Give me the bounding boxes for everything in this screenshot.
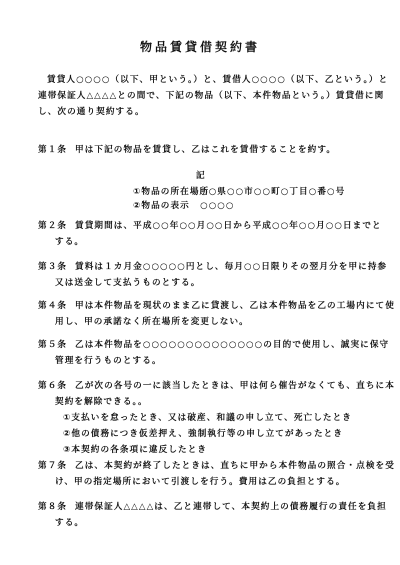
article-1: 第１条 甲は下記の物品を賃貸し、乙はこれを賃借することを約す。 — [38, 142, 368, 158]
record-key: ②物品の表示 — [133, 198, 196, 214]
article-line: 乙は、本契約が終了したときは、直ちに甲から本件物品の照合・点検を受 — [38, 458, 368, 474]
article-line: 甲は下記の物品を賃貸し、乙はこれを賃借することを約す。 — [38, 142, 368, 158]
intro-line: し、次の通り契約する。 — [38, 104, 368, 120]
record-heading: 記 — [196, 168, 206, 184]
record-value: ○○県○○市○○町○丁目○番○号 — [200, 187, 345, 197]
article-line: 賃料は１カ月金○○○○○円とし、毎月○○日限りその翌月分を甲に持参 — [38, 259, 368, 275]
article-3: 第３条 賃料は１カ月金○○○○○円とし、毎月○○日限りその翌月分を甲に持参 又は… — [38, 259, 368, 291]
article-label: 第８条 — [38, 499, 67, 515]
record-row: ②物品の表示 ○○○○ — [133, 198, 235, 214]
article-item: ②他の債務につき仮差押え、強制執行等の申し立てがあったとき — [38, 426, 368, 442]
article-label: 第３条 — [38, 259, 67, 275]
article-2: 第２条 賃貸期間は、平成○○年○○月○○日から平成○○年○○月○○日までと する… — [38, 218, 368, 250]
intro-paragraph: 賃貸人○○○○（以下、甲という。）と、賃借人○○○○（以下、乙という。）と 連帯… — [38, 72, 368, 120]
article-label: 第５条 — [38, 337, 67, 353]
article-label: 第６条 — [38, 378, 67, 394]
document-page: 物品賃貸借契約書 賃貸人○○○○（以下、甲という。）と、賃借人○○○○（以下、乙… — [0, 0, 400, 565]
article-label: 第４条 — [38, 298, 67, 314]
article-line: する。 — [38, 515, 368, 531]
intro-line: 賃貸人○○○○（以下、甲という。）と、賃借人○○○○（以下、乙という。）と — [38, 72, 368, 88]
article-item: ③本契約の各条項に違反したとき — [38, 442, 368, 458]
article-line: 又は送金して支払うものとする。 — [38, 275, 368, 291]
article-7: 第７条 乙は、本契約が終了したときは、直ちに甲から本件物品の照合・点検を受 け、… — [38, 458, 368, 490]
article-line: する。 — [38, 234, 368, 250]
article-4: 第４条 甲は本件物品を現状のまま乙に貸渡し、乙は本件物品を乙の工場内にて使 用し… — [38, 298, 368, 330]
article-line: 契約を解除できる。。 — [38, 394, 368, 410]
document-title: 物品賃貸借契約書 — [0, 38, 400, 55]
article-line: 連帯保証人△△△△は、乙と連帯して、本契約上の債務履行の責任を負担 — [38, 499, 368, 515]
article-label: 第１条 — [38, 142, 67, 158]
article-line: 乙は本件物品を○○○○○○○○○○○○○○の目的で使用し、誠実に保守 — [38, 337, 368, 353]
article-line: 賃貸期間は、平成○○年○○月○○日から平成○○年○○月○○日までと — [38, 218, 368, 234]
record-value: ○○○○ — [200, 201, 234, 211]
intro-line: 連帯保証人△△△△との間で、下記の物品（以下、本件物品という。）賃貸借に関 — [38, 88, 368, 104]
article-line: 乙が次の各号の一に該当したときは、甲は何ら催告がなくても、直ちに本 — [38, 378, 368, 394]
article-line: 管理を行うものとする。 — [38, 353, 368, 369]
article-label: 第２条 — [38, 218, 67, 234]
article-item: ①支払いを怠ったとき、又は破産、和議の申し立て、死亡したとき — [38, 410, 368, 426]
article-label: 第７条 — [38, 458, 67, 474]
article-line: 用し、甲の承諾なく所在場所を変更しない。 — [38, 314, 368, 330]
article-5: 第５条 乙は本件物品を○○○○○○○○○○○○○○の目的で使用し、誠実に保守 管… — [38, 337, 368, 369]
article-8: 第８条 連帯保証人△△△△は、乙と連帯して、本契約上の債務履行の責任を負担 する… — [38, 499, 368, 531]
article-line: け、甲の指定場所において引渡しを行う。費用は乙の負担とする。 — [38, 474, 368, 490]
article-line: 甲は本件物品を現状のまま乙に貸渡し、乙は本件物品を乙の工場内にて使 — [38, 298, 368, 314]
article-6: 第６条 乙が次の各号の一に該当したときは、甲は何ら催告がなくても、直ちに本 契約… — [38, 378, 368, 458]
